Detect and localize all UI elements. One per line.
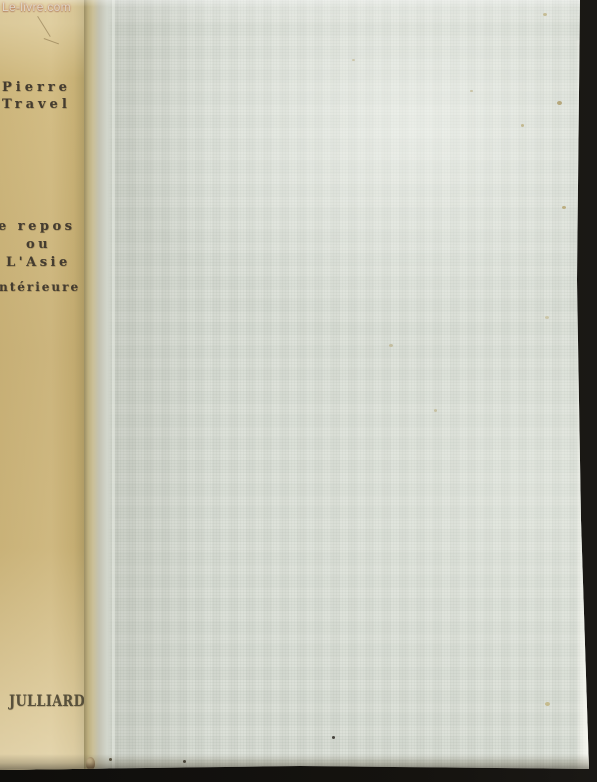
stain-spot (434, 409, 437, 412)
book: Pierre Travel e repos ou L'Asie ntérieur… (0, 0, 597, 782)
spine-title-line1: e repos (0, 219, 76, 234)
spine-author-line1: Pierre (2, 80, 71, 95)
book-photo: Pierre Travel e repos ou L'Asie ntérieur… (0, 0, 597, 782)
spine-author-line2: Travel (2, 97, 71, 112)
stain-spot (557, 101, 562, 105)
fore-edge (575, 40, 589, 770)
spine-publisher: JULLIARD (9, 691, 85, 710)
scratch-mark (37, 16, 51, 37)
book-spine: Pierre Travel e repos ou L'Asie ntérieur… (0, 0, 88, 782)
stain-spot (352, 59, 355, 61)
bottom-edge-shadow (0, 754, 597, 770)
spine-title-line3: L'Asie (6, 255, 71, 270)
hinge-highlight (112, 0, 115, 782)
stain-spot (521, 124, 524, 127)
spine-title-line2: ou (26, 237, 51, 252)
scratch-mark (44, 38, 59, 44)
stain-spot (470, 90, 473, 92)
stain-spot (545, 316, 549, 319)
stain-spot (562, 206, 566, 209)
watermark: Le-livre.com (2, 0, 71, 14)
stain-spot (545, 702, 550, 706)
stain-spot (389, 344, 393, 347)
spine-title-line4: ntérieure (0, 280, 80, 294)
dark-speck (332, 736, 335, 739)
top-edge-highlight (0, 0, 597, 7)
stain-spot (543, 13, 547, 16)
